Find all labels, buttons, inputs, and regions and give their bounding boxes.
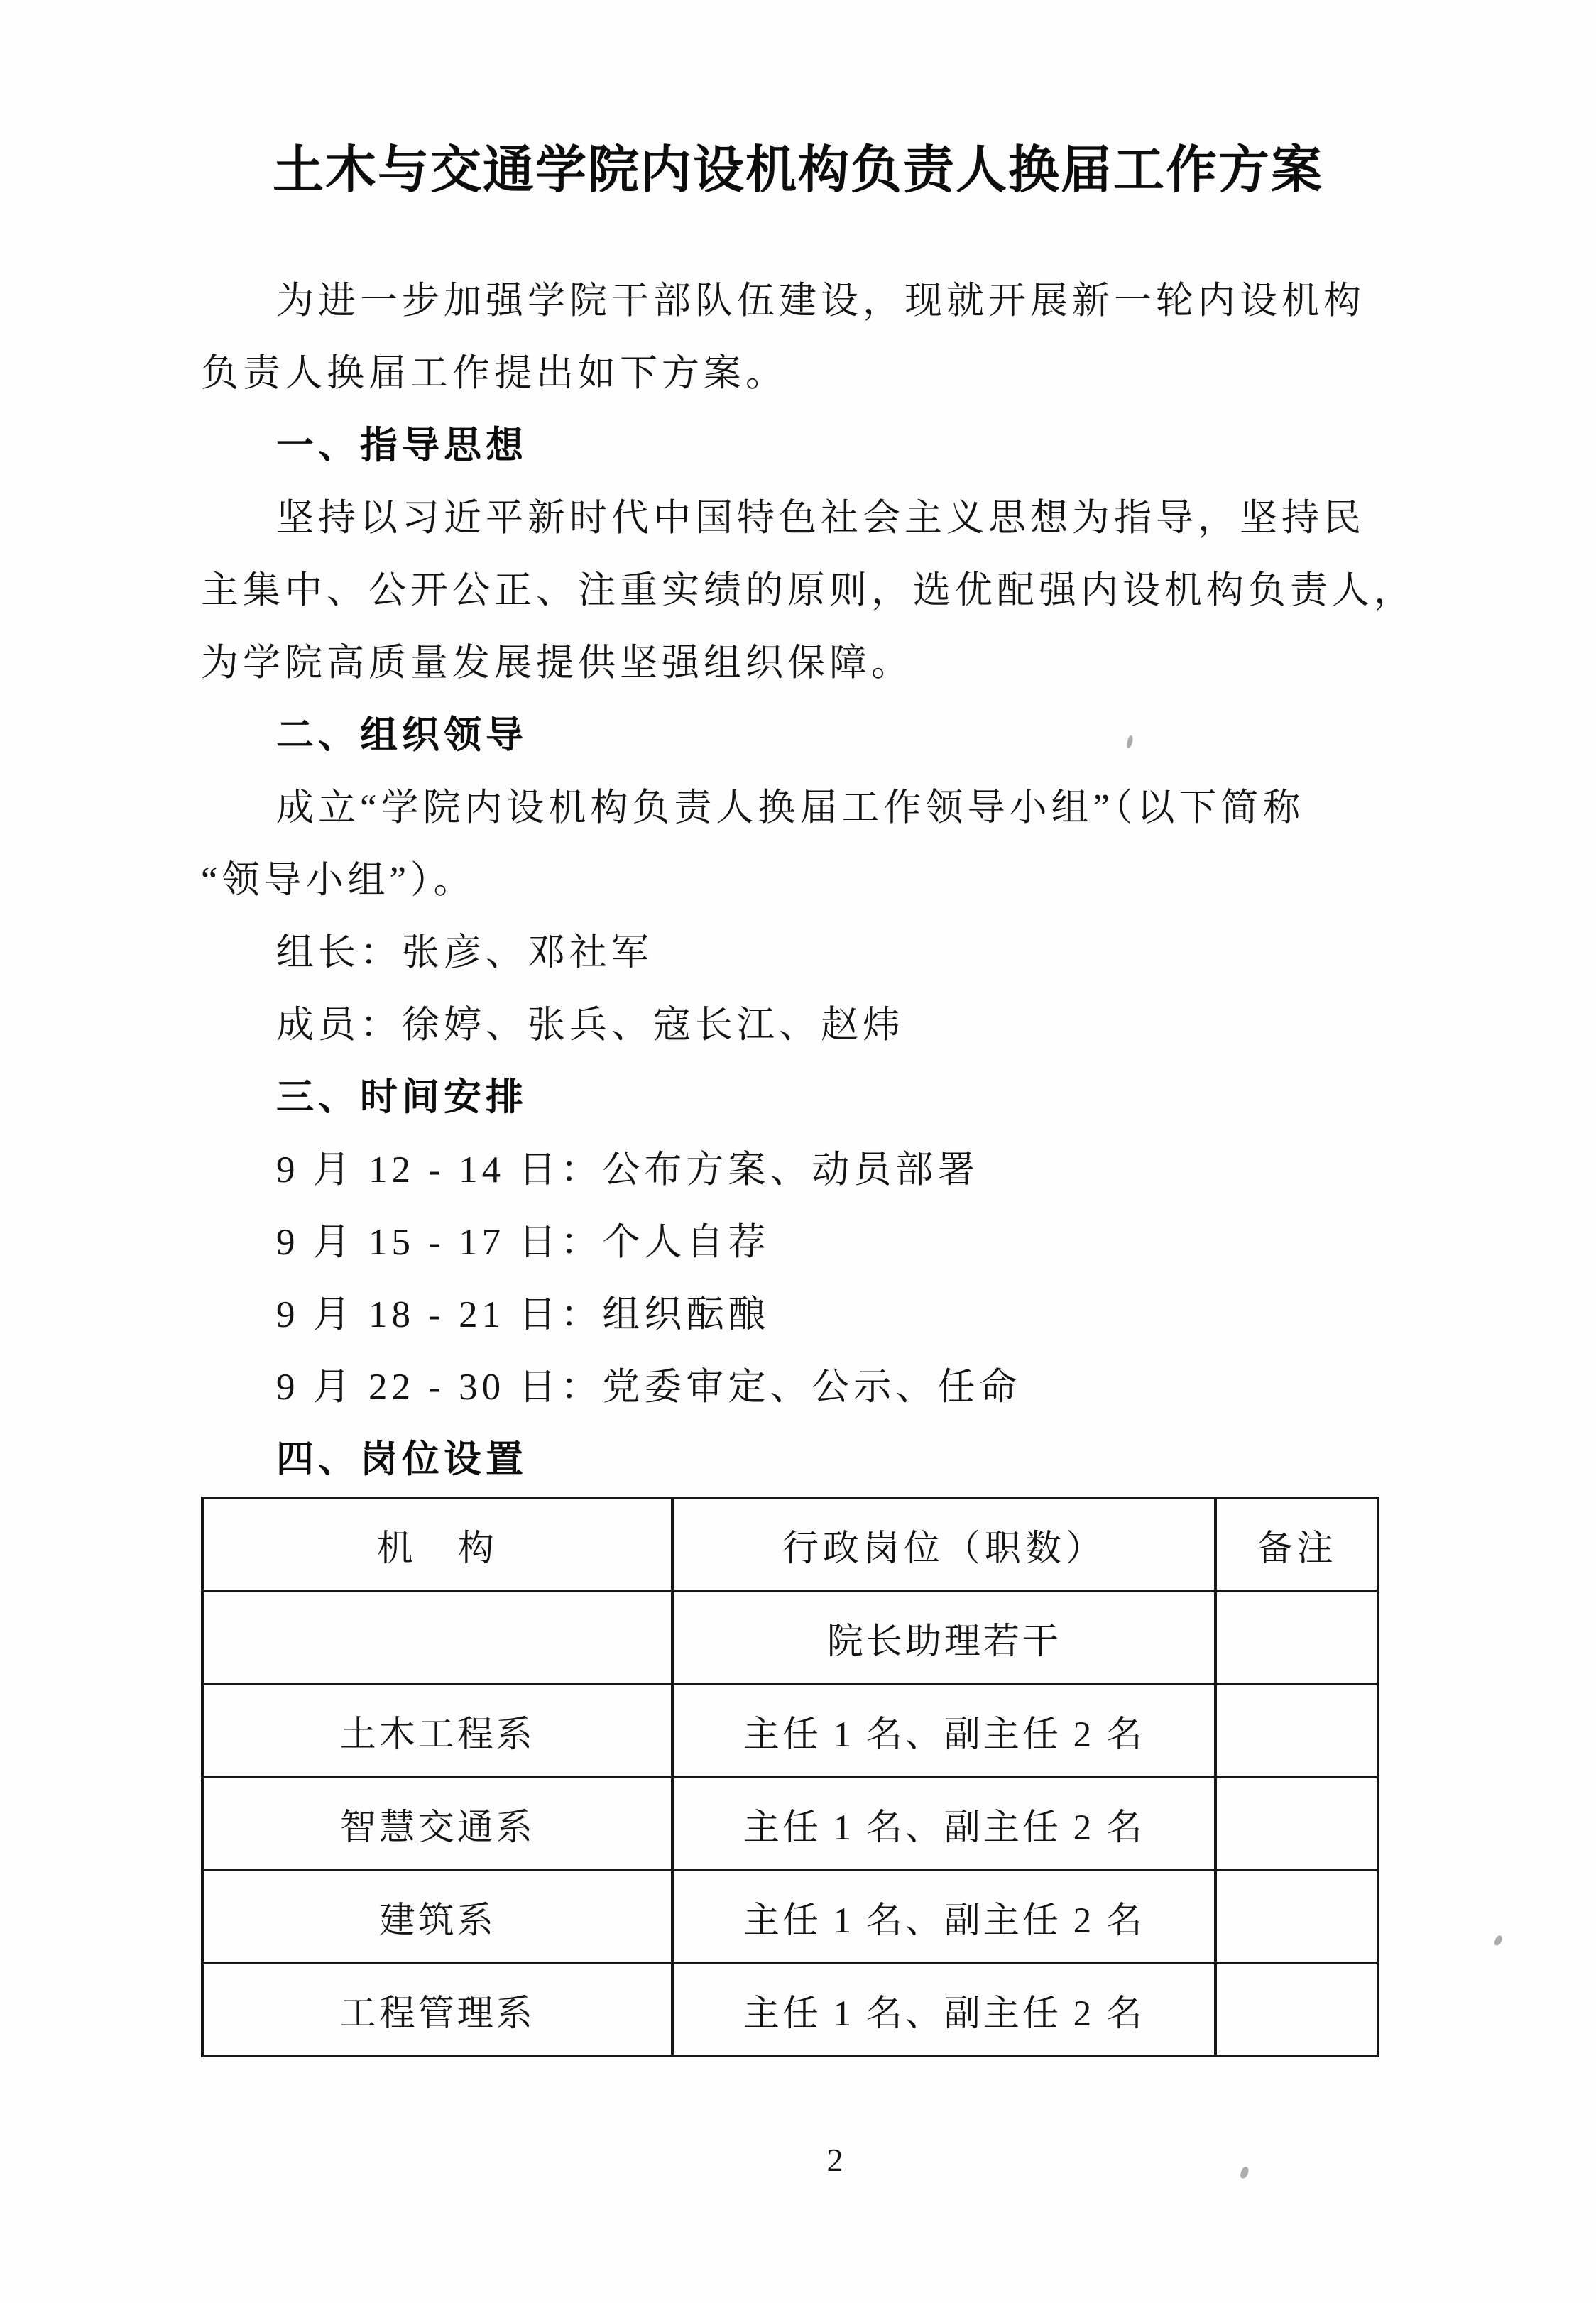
- schedule-item-4: 9 月 22 - 30 日：党委审定、公示、任命: [201, 1351, 1395, 1423]
- document-content: 土木与交通学院内设机构负责人换届工作方案 为进一步加强学院干部队伍建设，现就开展…: [201, 0, 1395, 2179]
- intro-line-1: 为进一步加强学院干部队伍建设，现就开展新一轮内设机构: [201, 265, 1395, 337]
- group-members-line: 成员：徐婷、张兵、寇长江、赵炜: [201, 989, 1395, 1061]
- section1-line-3: 为学院高质量发展提供坚强组织保障。: [201, 627, 1395, 699]
- positions-cell: 主任 1 名、副主任 2 名: [672, 1684, 1215, 1777]
- org-cell: 建筑系: [202, 1870, 672, 1963]
- remarks-cell: [1215, 1870, 1378, 1963]
- table-header-remarks: 备注: [1215, 1498, 1378, 1591]
- positions-cell: 主任 1 名、副主任 2 名: [672, 1777, 1215, 1870]
- section3-heading: 三、时间安排: [201, 1061, 1395, 1134]
- intro-line-2: 负责人换届工作提出如下方案。: [201, 337, 1395, 410]
- scan-artifact: [1493, 1935, 1503, 1947]
- section4-heading: 四、岗位设置: [201, 1423, 1395, 1496]
- org-cell: 土木工程系: [202, 1684, 672, 1777]
- table-header-positions: 行政岗位（职数）: [672, 1498, 1215, 1591]
- table-row: 建筑系 主任 1 名、副主任 2 名: [202, 1870, 1378, 1963]
- section1-heading: 一、指导思想: [201, 410, 1395, 482]
- table-row: 工程管理系 主任 1 名、副主任 2 名: [202, 1963, 1378, 2056]
- positions-cell: 主任 1 名、副主任 2 名: [672, 1870, 1215, 1963]
- org-cell: 智慧交通系: [202, 1777, 672, 1870]
- remarks-cell: [1215, 1963, 1378, 2056]
- table-row: 土木工程系 主任 1 名、副主任 2 名: [202, 1684, 1378, 1777]
- document-page: 土木与交通学院内设机构负责人换届工作方案 为进一步加强学院干部队伍建设，现就开展…: [0, 0, 1596, 2303]
- org-cell: 工程管理系: [202, 1963, 672, 2056]
- positions-cell: 主任 1 名、副主任 2 名: [672, 1963, 1215, 2056]
- positions-table: 机 构 行政岗位（职数） 备注 院长助理若干 土木工程系 主任 1 名、副主任 …: [201, 1497, 1379, 2057]
- table-header-org: 机 构: [202, 1498, 672, 1591]
- schedule-item-2: 9 月 15 - 17 日：个人自荐: [201, 1206, 1395, 1279]
- section1-line-1: 坚持以习近平新时代中国特色社会主义思想为指导，坚持民: [201, 482, 1395, 554]
- page-number: 2: [238, 2141, 1432, 2179]
- remarks-cell: [1215, 1684, 1378, 1777]
- section1-line-2: 主集中、公开公正、注重实绩的原则，选优配强内设机构负责人，: [201, 554, 1395, 627]
- remarks-cell: [1215, 1591, 1378, 1684]
- table-row: 智慧交通系 主任 1 名、副主任 2 名: [202, 1777, 1378, 1870]
- schedule-item-3: 9 月 18 - 21 日：组织酝酿: [201, 1279, 1395, 1351]
- org-cell: [202, 1591, 672, 1684]
- positions-cell: 院长助理若干: [672, 1591, 1215, 1684]
- section2-heading: 二、组织领导: [201, 699, 1395, 772]
- section2-line-1: 成立“学院内设机构负责人换届工作领导小组”（以下简称: [201, 772, 1395, 844]
- section2-line-2: “领导小组”）。: [201, 844, 1395, 917]
- table-header-row: 机 构 行政岗位（职数） 备注: [202, 1498, 1378, 1591]
- table-row: 院长助理若干: [202, 1591, 1378, 1684]
- group-leader-line: 组长：张彦、邓社军: [201, 917, 1395, 989]
- schedule-item-1: 9 月 12 - 14 日：公布方案、动员部署: [201, 1134, 1395, 1206]
- document-title: 土木与交通学院内设机构负责人换届工作方案: [201, 131, 1395, 209]
- remarks-cell: [1215, 1777, 1378, 1870]
